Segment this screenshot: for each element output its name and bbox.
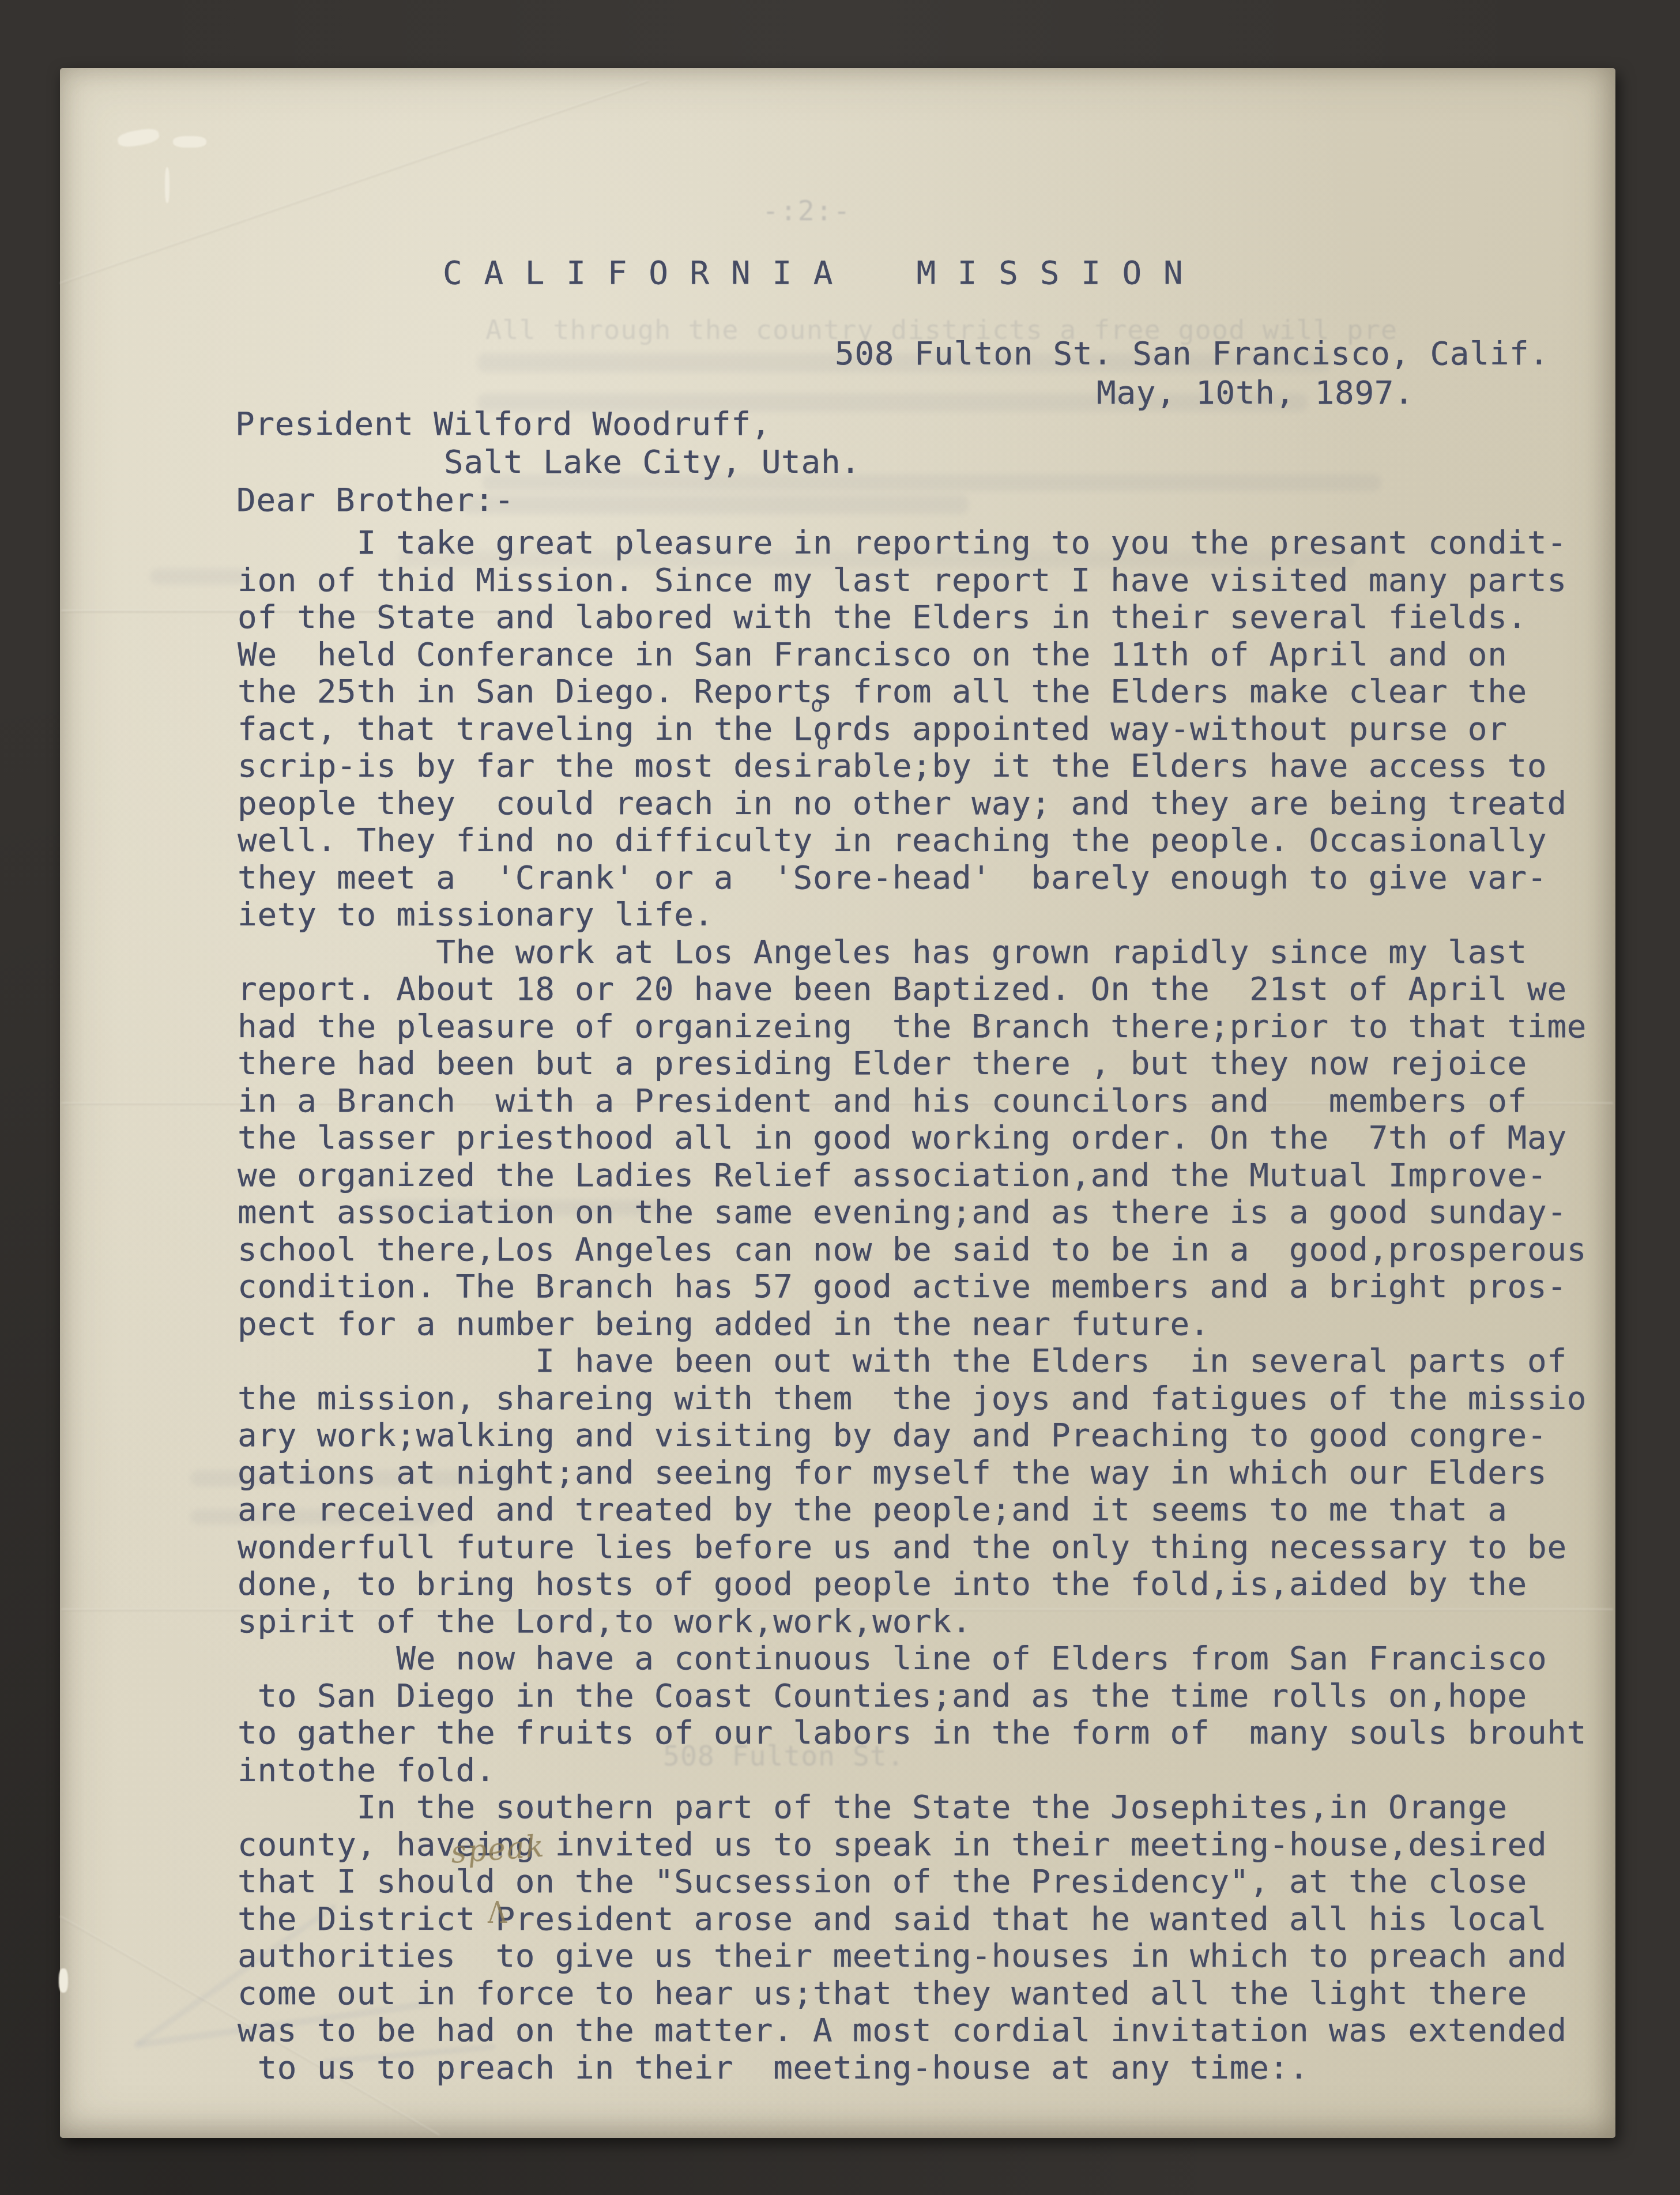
typed-line: that I should on the "Sucsession of the … (238, 1863, 1587, 1901)
recipient-name: President Wilford Woodruff, (235, 406, 771, 443)
typed-line: The work at Los Angeles has grown rapidl… (238, 934, 1587, 972)
typed-line: county, haveing invited us to speak in t… (238, 1827, 1587, 1864)
typed-line: well. They find no difficulty in reachin… (238, 822, 1587, 860)
typed-line: are received and treated by the people;a… (238, 1492, 1587, 1529)
typed-line: report. About 18 or 20 have been Baptize… (238, 971, 1587, 1008)
bleedthrough-page-number: -:2:- (762, 195, 852, 227)
paper-edge-nick (59, 1968, 68, 1993)
typed-line: to us to preach in their meeting-house a… (238, 2050, 1587, 2087)
recipient-city: Salt Lake City, Utah. (444, 444, 861, 481)
letterhead-date: May, 10th, 1897. (1097, 375, 1414, 412)
insertion-caret-mark: Λ (488, 1895, 507, 1930)
typed-line: they meet a 'Crank' or a 'Sore-head' bar… (238, 860, 1587, 897)
typed-line: of the State and labored with the Elders… (238, 599, 1587, 637)
scanned-letter-photo: { "colors": { "backdrop": "#363330", "pa… (0, 0, 1680, 2195)
bleedthrough-smudge (150, 568, 248, 585)
typed-line: We held Conferance in San Francisco on t… (238, 637, 1587, 674)
typed-line: the mission, shareing with them the joys… (238, 1380, 1587, 1418)
typed-line: authorities to give us their meeting-hou… (238, 1938, 1587, 1975)
typed-line: ary work;walking and visiting by day and… (238, 1417, 1587, 1455)
typed-line: fact, that traveling in the Lords appoin… (238, 711, 1587, 748)
typed-line: the lasser priesthood all in good workin… (238, 1120, 1587, 1157)
typed-correction-o-desirable: o (816, 732, 829, 753)
paper-scratch (165, 167, 169, 203)
typed-line: pect for a number being added in the nea… (238, 1306, 1587, 1343)
typed-line: in a Branch with a President and his cou… (238, 1083, 1587, 1120)
paper-tear-mark (116, 127, 160, 149)
typed-correction-o-lords: o (811, 695, 823, 716)
typed-line: school there,Los Angeles can now be said… (238, 1232, 1587, 1269)
typed-line: to San Diego in the Coast Counties;and a… (238, 1678, 1587, 1715)
typed-line: ion of thid Mission. Since my last repor… (238, 562, 1587, 600)
typed-line: there had been but a presiding Elder the… (238, 1045, 1587, 1083)
typed-line: We now have a continuous line of Elders … (238, 1640, 1587, 1678)
letterhead-title: C A L I F O R N I A M I S S I O N (443, 255, 1184, 292)
typed-line: In the southern part of the State the Jo… (238, 1789, 1587, 1827)
typed-line: I take great pleasure in reporting to yo… (238, 525, 1587, 562)
salutation: Dear Brother:- (236, 482, 514, 519)
typed-line: to gather the fruits of our labors in th… (238, 1715, 1587, 1752)
typed-line: had the pleasure of organizeing the Bran… (238, 1008, 1587, 1046)
typed-line: ment association on the same evening;and… (238, 1194, 1587, 1232)
typed-line: gations at night;and seeing for myself t… (238, 1455, 1587, 1492)
letterhead-address: 508 Fulton St. San Francisco, Calif. (835, 336, 1549, 373)
typed-line: come out in force to hear us;that they w… (238, 1975, 1587, 2013)
typed-line: the 25th in San Diego. Reports from all … (238, 673, 1587, 711)
handwritten-insertion-word: speak (450, 1829, 546, 1870)
typed-line: was to be had on the matter. A most cord… (238, 2012, 1587, 2050)
typed-line: done, to bring hosts of good people into… (238, 1566, 1587, 1603)
typed-line: I have been out with the Elders in sever… (238, 1343, 1587, 1380)
bleedthrough-smudge (461, 495, 969, 514)
typed-line: intothe fold. (238, 1752, 1587, 1790)
typed-line: we organized the Ladies Relief associati… (238, 1157, 1587, 1195)
paper-tear-mark (173, 136, 206, 148)
typed-line: spirit of the Lord,to work,work,work. (238, 1603, 1587, 1641)
typed-line: the District President arose and said th… (238, 1901, 1587, 1938)
typed-line: people they could reach in no other way;… (238, 785, 1587, 823)
typed-line: scrip-is by far the most desirable;by it… (238, 748, 1587, 785)
letter-body: I take great pleasure in reporting to yo… (238, 525, 1587, 2087)
typed-line: iety to missionary life. (238, 897, 1587, 934)
typed-line: condition. The Branch has 57 good active… (238, 1268, 1587, 1306)
typed-line: wonderfull future lies before us and the… (238, 1529, 1587, 1567)
